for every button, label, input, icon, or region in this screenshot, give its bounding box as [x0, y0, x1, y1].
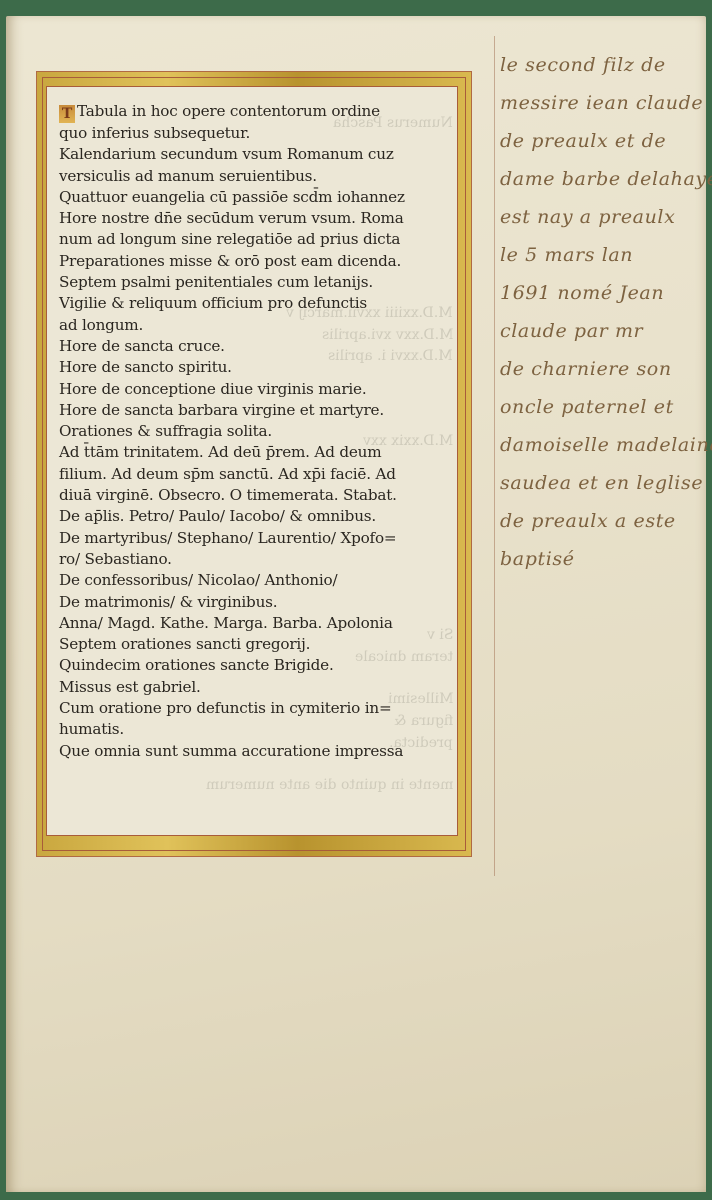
illuminated-initial: T — [59, 105, 75, 123]
toc-line: Hore de conceptione diue virginis marie. — [59, 379, 457, 400]
toc-line: Anna/ Magd. Kathe. Marga. Barba. Apoloni… — [59, 613, 457, 634]
toc-line: Orationes & suffragia solita. — [59, 421, 457, 442]
toc-line: Quattuor euangelia cū passiōe scd̄m ioha… — [59, 187, 457, 208]
toc-line: Septem orationes sancti gregorij. — [59, 634, 457, 655]
manuscript-line: de preaulx et de — [500, 122, 710, 160]
toc-line: Hore nostre dn̄e secūdum verum vsum. Rom… — [59, 208, 457, 229]
toc-line: Hore de sancta cruce. — [59, 336, 457, 357]
toc-line: ro/ Sebastiano. — [59, 549, 457, 570]
toc-line: versiculis ad manum seruientibus. — [59, 166, 457, 187]
toc-line: De martyribus/ Stephano/ Laurentio/ Xpof… — [59, 528, 457, 549]
toc-line: Quindecim orationes sancte Brigide. — [59, 655, 457, 676]
toc-line: Hore de sancta barbara virgine et martyr… — [59, 400, 457, 421]
manuscript-line: de preaulx a este — [500, 502, 710, 540]
toc-line: Kalendarium secundum vsum Romanum cuz — [59, 144, 457, 165]
margin-rule — [494, 36, 495, 876]
toc-line: De matrimonis/ & virginibus. — [59, 592, 457, 613]
show-through-text: mente in quinto die ante numerum — [206, 777, 453, 793]
manuscript-line: saudea et en leglise — [500, 464, 710, 502]
manuscript-line: baptisé — [500, 540, 710, 578]
handwritten-annotation: le second filz de messire iean claude de… — [500, 46, 710, 578]
manuscript-line: 1691 nomé Jean — [500, 274, 710, 312]
manuscript-line: le second filz de — [500, 46, 710, 84]
toc-line: ad longum. — [59, 315, 457, 336]
printed-text-panel: Numerus Pascha M.D.xxiiii xxvii.marcij v… — [46, 86, 458, 836]
toc-line: diuā virginē. Obsecro. O timemerata. Sta… — [59, 485, 457, 506]
toc-line: Cum oratione pro defunctis in cymiterio … — [59, 698, 457, 719]
toc-line: humatis. — [59, 719, 457, 740]
manuscript-line: damoiselle madelaine — [500, 426, 710, 464]
toc-line: Hore de sancto spiritu. — [59, 357, 457, 378]
table-of-contents: TTabula in hoc opere contentorum ordine … — [59, 101, 457, 762]
toc-line: Septem psalmi penitentiales cum letanijs… — [59, 272, 457, 293]
manuscript-line: messire iean claude — [500, 84, 710, 122]
toc-line: TTabula in hoc opere contentorum ordine — [59, 101, 457, 123]
toc-line: Que omnia sunt summa accuratione impress… — [59, 741, 457, 762]
toc-line: Vigilie & reliquum officium pro defuncti… — [59, 293, 457, 314]
manuscript-line: oncle paternel et — [500, 388, 710, 426]
manuscript-line: le 5 mars lan — [500, 236, 710, 274]
manuscript-line: de charniere son — [500, 350, 710, 388]
toc-line: Preparationes misse & orō post eam dicen… — [59, 251, 457, 272]
toc-line: Missus est gabriel. — [59, 677, 457, 698]
toc-line: De confessoribus/ Nicolao/ Anthonio/ — [59, 570, 457, 591]
book-page: Numerus Pascha M.D.xxiiii xxvii.marcij v… — [6, 16, 706, 1192]
manuscript-line: claude par mr — [500, 312, 710, 350]
toc-line: De ap̄lis. Petro/ Paulo/ Iacobo/ & omnib… — [59, 506, 457, 527]
manuscript-line: dame barbe delahaye — [500, 160, 710, 198]
manuscript-line: est nay a preaulx — [500, 198, 710, 236]
toc-line: quo inferius subsequetur. — [59, 123, 457, 144]
toc-line: Ad t̄tām trinitatem. Ad deū p̄rem. Ad de… — [59, 442, 457, 463]
toc-line: filium. Ad deum sp̄m sanctū. Ad xp̄i fac… — [59, 464, 457, 485]
toc-line: num ad longum sine relegatiōe ad prius d… — [59, 229, 457, 250]
